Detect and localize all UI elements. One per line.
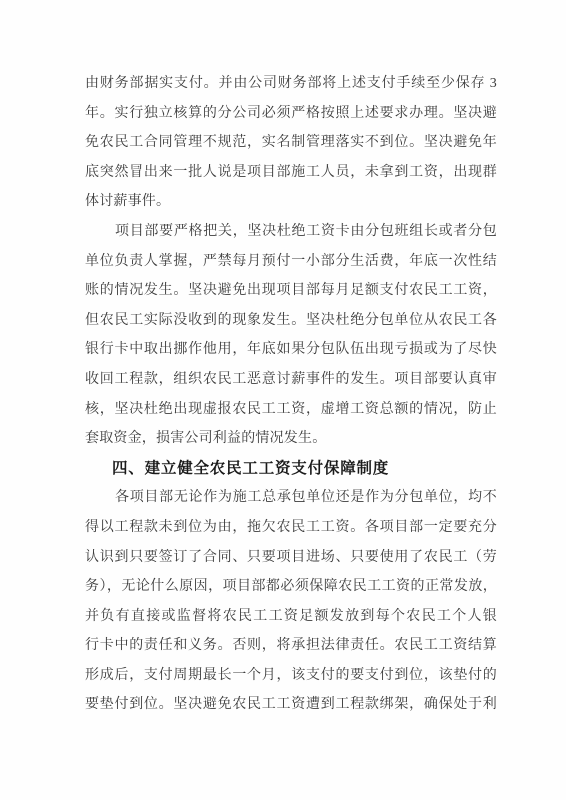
paragraph-line: 免农民工合同管理不规范，实名制管理落实不到位。坚决避免年: [85, 128, 497, 158]
paragraph-line: 得以工程款未到位为由，拖欠农民工工资。各项目部一定要充分: [85, 513, 497, 543]
paragraph: 各项目部无论作为施工总承包单位还是作为分包单位，均不得以工程款未到位为由，拖欠农…: [85, 483, 497, 720]
paragraph-line: 底突然冒出来一批人说是项目部施工人员，未拿到工资，出现群: [85, 158, 497, 188]
paragraph-line: 由财务部据实支付。并由公司财务部将上述支付手续至少保存 3: [85, 69, 497, 99]
paragraph-line: 认识到只要签订了合同、只要项目进场、只要使用了农民工（劳: [85, 543, 497, 573]
paragraph: 项目部要严格把关，坚决杜绝工资卡由分包班组长或者分包单位负责人掌握，严禁每月预付…: [85, 217, 497, 454]
paragraph-line: 项目部要严格把关，坚决杜绝工资卡由分包班组长或者分包: [85, 217, 497, 247]
paragraph-line: 形成后，支付周期最长一个月，该支付的要支付到位，该垫付的: [85, 661, 497, 691]
paragraph-line: 要垫付到位。坚决避免农民工工资遭到工程款绑架，确保处于利: [85, 690, 497, 720]
paragraph-line: 单位负责人掌握，严禁每月预付一小部分生活费，年底一次性结: [85, 247, 497, 277]
paragraph-line: 账的情况发生。坚决避免出现项目部每月足额支付农民工工资，: [85, 276, 497, 306]
paragraph-line: 但农民工实际没收到的现象发生。坚决杜绝分包单位从农民工各: [85, 306, 497, 336]
paragraph-line: 行卡中的责任和义务。否则，将承担法律责任。农民工工资结算: [85, 631, 497, 661]
paragraph-line: 银行卡中取出挪作他用，年底如果分包队伍出现亏损或为了尽快: [85, 335, 497, 365]
paragraph: 由财务部据实支付。并由公司财务部将上述支付手续至少保存 3年。实行独立核算的分公…: [85, 69, 497, 217]
paragraph-line: 体讨薪事件。: [85, 187, 497, 217]
paragraph-line: 收回工程款，组织农民工恶意讨薪事件的发生。项目部要认真审: [85, 365, 497, 395]
document-page: 由财务部据实支付。并由公司财务部将上述支付手续至少保存 3年。实行独立核算的分公…: [0, 0, 566, 800]
document-body: 由财务部据实支付。并由公司财务部将上述支付手续至少保存 3年。实行独立核算的分公…: [85, 69, 497, 720]
paragraph-line: 并负有直接或监督将农民工工资足额发放到每个农民工个人银: [85, 602, 497, 632]
paragraph-line: 各项目部无论作为施工总承包单位还是作为分包单位，均不: [85, 483, 497, 513]
paragraph-line: 务），无论什么原因，项目部都必须保障农民工工资的正常发放，: [85, 572, 497, 602]
paragraph-line: 年。实行独立核算的分公司必须严格按照上述要求办理。坚决避: [85, 99, 497, 129]
paragraph-line: 核，坚决杜绝出现虚报农民工工资，虚增工资总额的情况，防止: [85, 395, 497, 425]
paragraph-line: 套取资金，损害公司利益的情况发生。: [85, 424, 497, 454]
section-heading: 四、建立健全农民工工资支付保障制度: [85, 454, 497, 484]
